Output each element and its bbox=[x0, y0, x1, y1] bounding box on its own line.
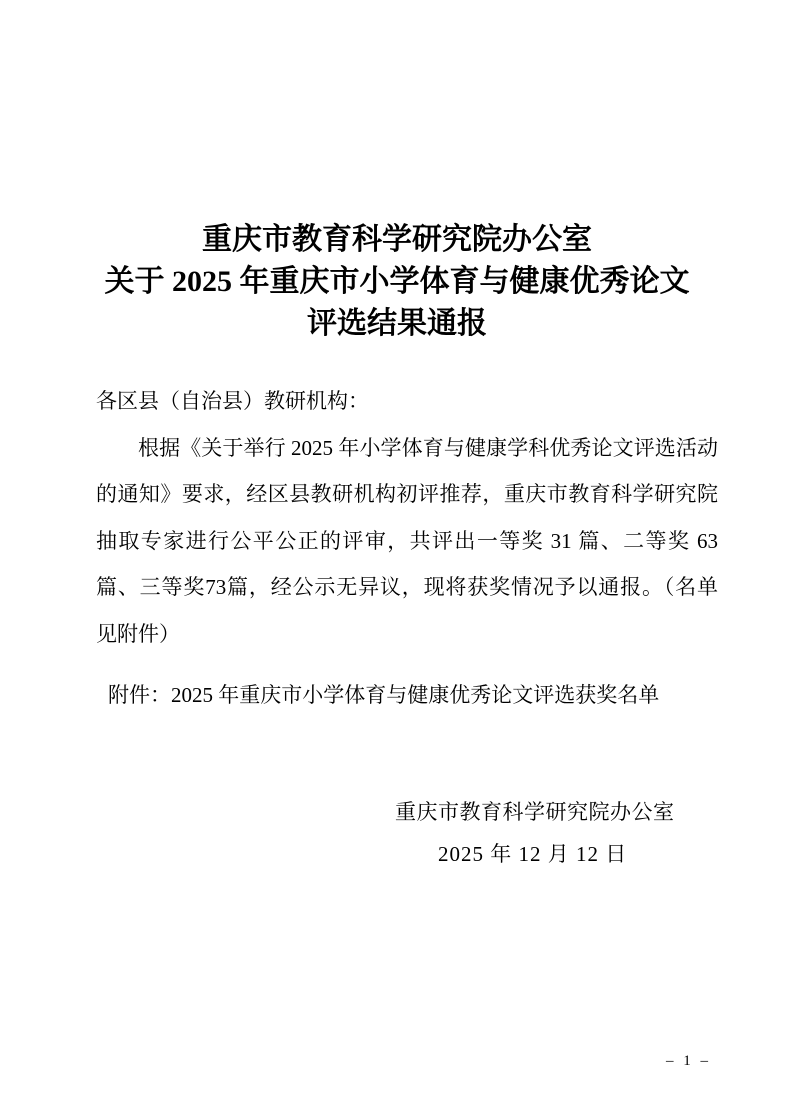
attachment-line: 附件：2025 年重庆市小学体育与健康优秀论文评选获奖名单 bbox=[108, 672, 659, 718]
body-line-4: 篇、三等奖73篇，经公示无异议，现将获奖情况予以通报。（名单 bbox=[96, 564, 718, 611]
body-line-2: 的通知》要求，经区县教研机构初评推荐，重庆市教育科学研究院 bbox=[96, 471, 718, 518]
document-page: 重庆市教育科学研究院办公室 关于 2025 年重庆市小学体育与健康优秀论文 评选… bbox=[0, 0, 794, 1108]
body-line-3: 抽取专家进行公平公正的评审，共评出一等奖 31 篇、二等奖 63 bbox=[96, 518, 718, 565]
title-line-3: 评选结果通报 bbox=[0, 303, 794, 345]
title-line-1: 重庆市教育科学研究院办公室 bbox=[0, 219, 794, 261]
page-number: – 1 – bbox=[666, 1051, 711, 1071]
signature-line: 重庆市教育科学研究院办公室 bbox=[395, 799, 675, 825]
date-line: 2025 年 12 月 12 日 bbox=[438, 841, 627, 867]
body-line-5: 见附件） bbox=[96, 611, 718, 658]
document-body: 各区县（自治县）教研机构： 根据《关于举行 2025 年小学体育与健康学科优秀论… bbox=[96, 378, 718, 657]
title-line-2: 关于 2025 年重庆市小学体育与健康优秀论文 bbox=[0, 261, 794, 303]
body-line-1: 根据《关于举行 2025 年小学体育与健康学科优秀论文评选活动 bbox=[96, 425, 718, 472]
salutation-line: 各区县（自治县）教研机构： bbox=[96, 378, 718, 425]
document-title: 重庆市教育科学研究院办公室 关于 2025 年重庆市小学体育与健康优秀论文 评选… bbox=[0, 219, 794, 345]
